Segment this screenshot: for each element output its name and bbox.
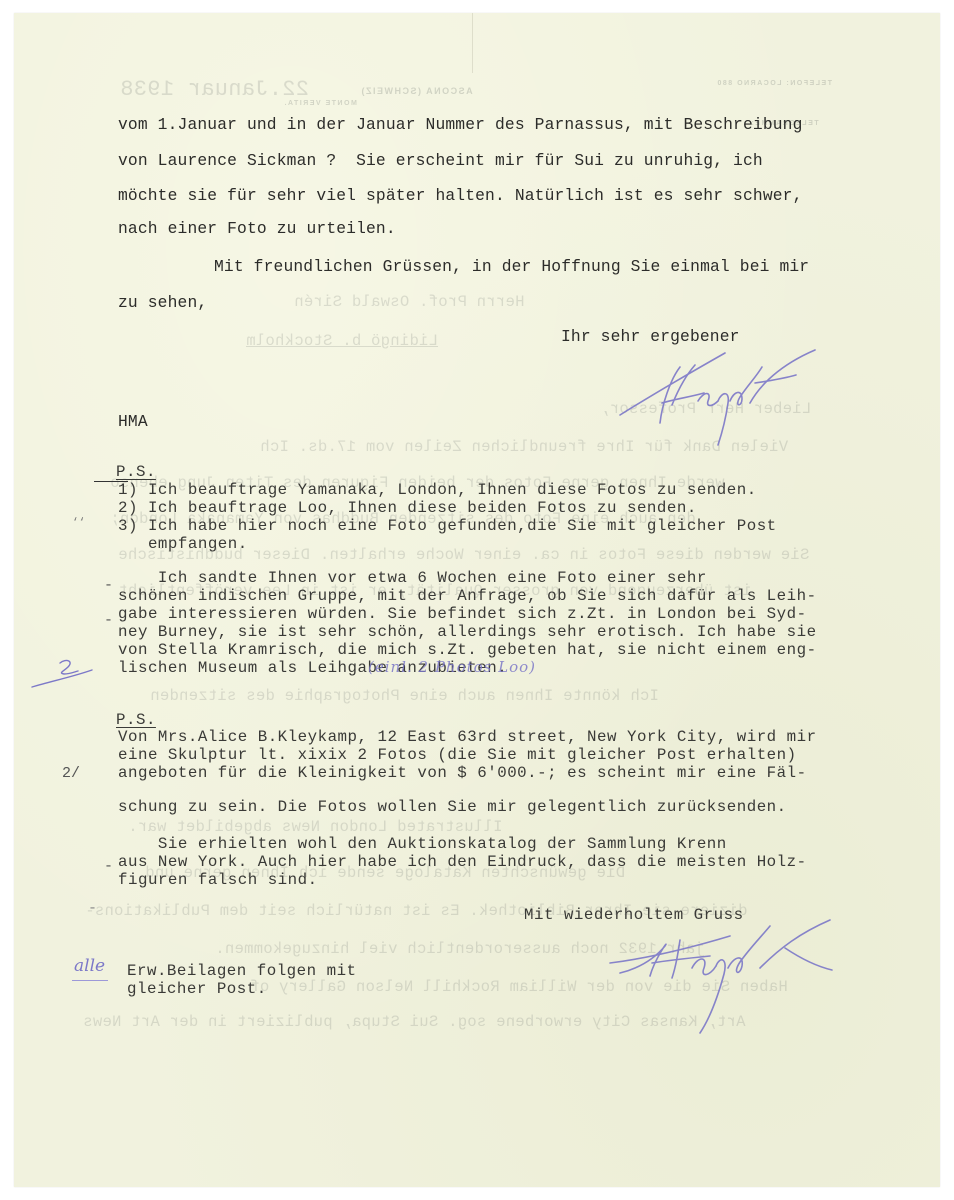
body-line: vom 1.Januar und in der Januar Nummer de…	[118, 115, 803, 134]
ps-2-paragraph-line: figuren falsch sind.	[118, 871, 318, 889]
ghost-letterhead-phone: TELEFON: LOCARNO 880	[716, 80, 832, 87]
closing-line: Mit freundlichen Grüssen, in der Hoffnun…	[214, 257, 809, 276]
closing-line: zu sehen,	[118, 293, 207, 312]
body-line: nach einer Foto zu urteilen.	[118, 219, 396, 238]
ps-1-paragraph-line: gabe interessieren würden. Sie befindet …	[118, 605, 807, 623]
ghost-line: Illustrated London News abgebildet war.	[128, 818, 502, 836]
ps-2-line: eine Skulptur lt. xixix 2 Fotos (die Sie…	[118, 746, 797, 764]
margin-dash: -	[88, 900, 97, 917]
handwritten-underline	[72, 980, 108, 981]
margin-dash: -	[104, 612, 113, 629]
ps-2-line: schung zu sein. Die Fotos wollen Sie mir…	[118, 798, 787, 816]
ps-1-item: empfangen.	[118, 535, 248, 553]
regards-1: Ihr sehr ergebener	[561, 327, 740, 346]
enclosure-line: Erw.Beilagen folgen mit	[127, 962, 357, 980]
ps-2-line: Von Mrs.Alice B.Kleykamp, 12 East 63rd s…	[118, 728, 817, 746]
margin-typed-2: 2/	[62, 765, 80, 782]
ps-1-paragraph-line: von Stella Kramrisch, die mich s.Zt. geb…	[118, 641, 817, 659]
signature-heydt-1	[600, 345, 830, 455]
body-line: möchte sie für sehr viel später halten. …	[118, 186, 803, 205]
margin-dash: -	[104, 858, 113, 875]
ps-1-item: 2) Ich beauftrage Loo, Ihnen diese beide…	[118, 499, 697, 517]
ps-1-paragraph-line: Ich sandte Ihnen vor etwa 6 Wochen eine …	[118, 569, 707, 587]
ps-2-line: angeboten für die Kleinigkeit von $ 6'00…	[118, 764, 807, 782]
enclosure-line: gleicher Post.	[127, 980, 267, 998]
ps-1-label: P.S.	[116, 463, 156, 481]
margin-quote-marks: ‘‘	[72, 517, 85, 529]
signature-heydt-2	[600, 918, 850, 1038]
ghost-letterhead-sub: MONTE VERITA.	[283, 100, 357, 107]
margin-dash: -	[104, 577, 113, 594]
handwritten-mark-alle: alle	[74, 956, 105, 976]
ps-2-label: P.S.	[116, 711, 156, 729]
ps-2-paragraph-line: Sie erhielten wohl den Auktionskatalog d…	[118, 835, 727, 853]
body-line: von Laurence Sickman ? Sie erscheint mir…	[118, 151, 763, 170]
typist-initials: HMA	[118, 412, 148, 431]
ps-2-paragraph-line: aus New York. Auch hier habe ich den Ein…	[118, 853, 807, 871]
ps-1-paragraph-line: schönen indischen Gruppe, mit der Anfrag…	[118, 587, 817, 605]
ps-1-item: 3) Ich habe hier noch eine Foto gefunden…	[118, 517, 777, 535]
ghost-addressee-2: Lidingö b. Stockholm	[246, 332, 438, 350]
ps-1-paragraph-line: ney Burney, sie ist sehr schön, allerdin…	[118, 623, 817, 641]
paper-fold	[472, 13, 473, 73]
ghost-date: 22.Januar 1938	[120, 77, 309, 102]
margin-pen-mark-2	[28, 655, 98, 690]
handwritten-note-enclosures: (einl. 2 Photos Loo)	[368, 658, 536, 676]
ghost-line: Ich könnte Ihnen auch eine Photographie …	[150, 687, 659, 705]
ghost-letterhead-place: ASCONA (SCHWEIZ)	[360, 86, 473, 96]
ghost-addressee-1: Herrn Prof. Oswald Sirén	[294, 293, 524, 311]
ps-1-item: 1) Ich beauftrage Yamanaka, London, Ihne…	[118, 481, 757, 499]
